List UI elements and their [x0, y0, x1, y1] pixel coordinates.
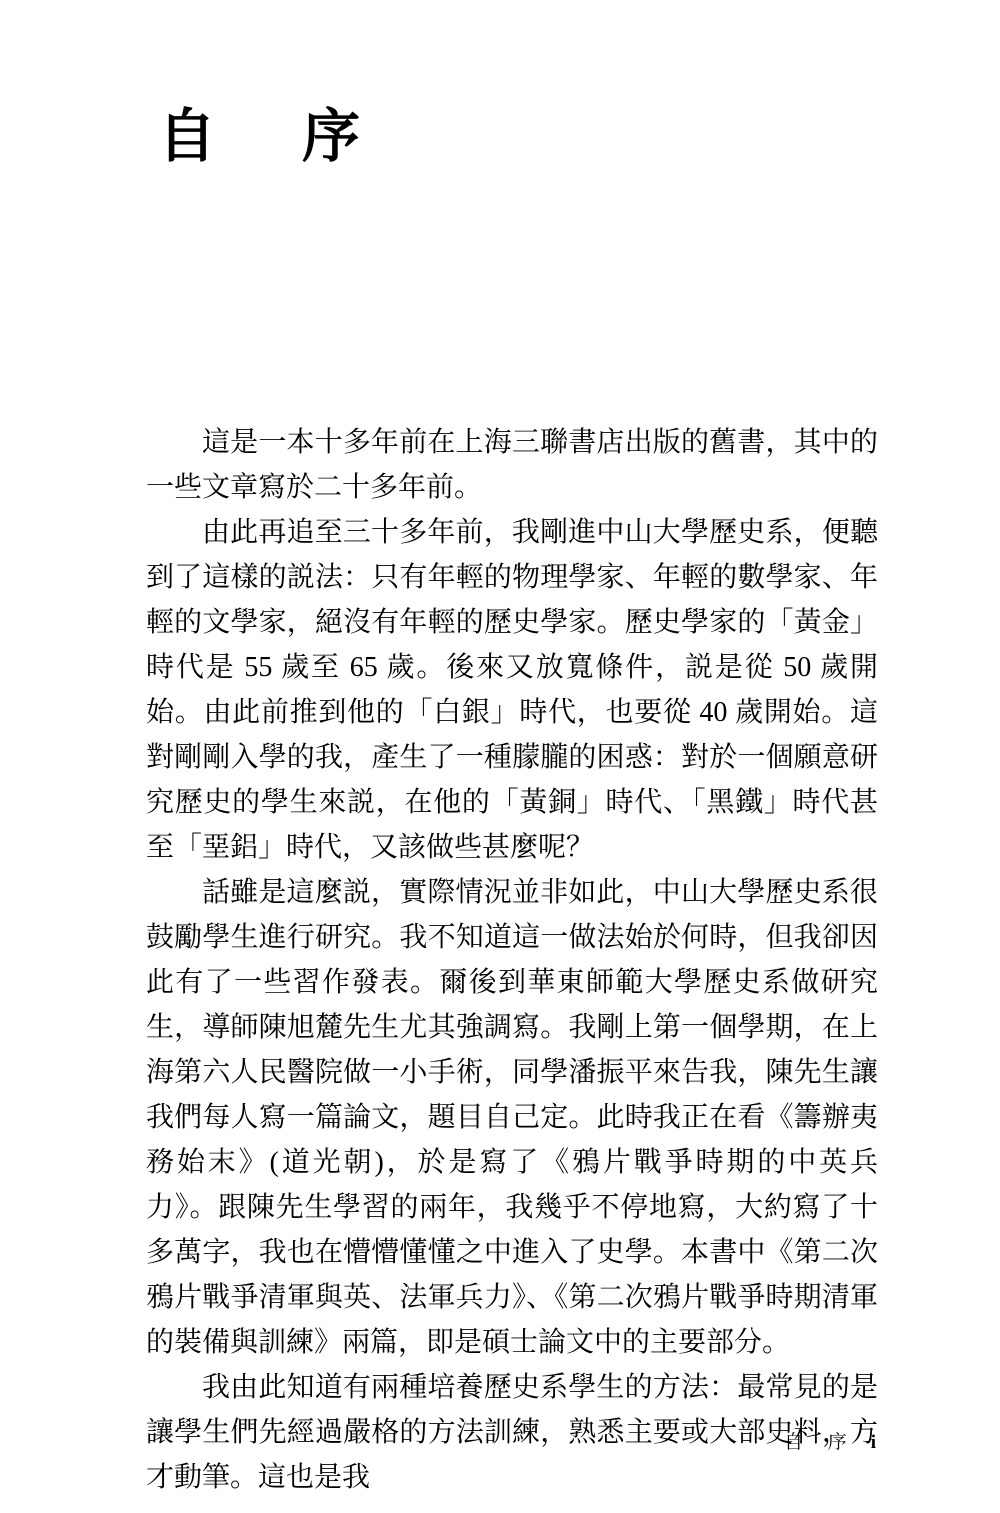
paragraph-1: 這是一本十多年前在上海三聯書店出版的舊書，其中的一些文章寫於二十多年前。: [146, 420, 878, 510]
paragraph-4: 我由此知道有兩種培養歷史系學生的方法：最常見的是讓學生們先經過嚴格的方法訓練，熟…: [146, 1365, 878, 1500]
page-title: 自 序: [158, 108, 374, 166]
footer-page-number: i: [871, 1430, 876, 1457]
paragraph-3: 話雖是這麼説，實際情況並非如此，中山大學歷史系很鼓勵學生進行研究。我不知道這一做…: [146, 870, 878, 1365]
preface-body: 這是一本十多年前在上海三聯書店出版的舊書，其中的一些文章寫於二十多年前。 由此再…: [146, 420, 878, 1500]
page-footer: 自 序 i: [784, 1430, 876, 1457]
footer-section-label: 自 序: [784, 1430, 857, 1457]
paragraph-2: 由此再追至三十多年前，我剛進中山大學歷史系，便聽到了這樣的説法：只有年輕的物理學…: [146, 510, 878, 870]
book-page: 自 序 這是一本十多年前在上海三聯書店出版的舊書，其中的一些文章寫於二十多年前。…: [0, 0, 1000, 1513]
